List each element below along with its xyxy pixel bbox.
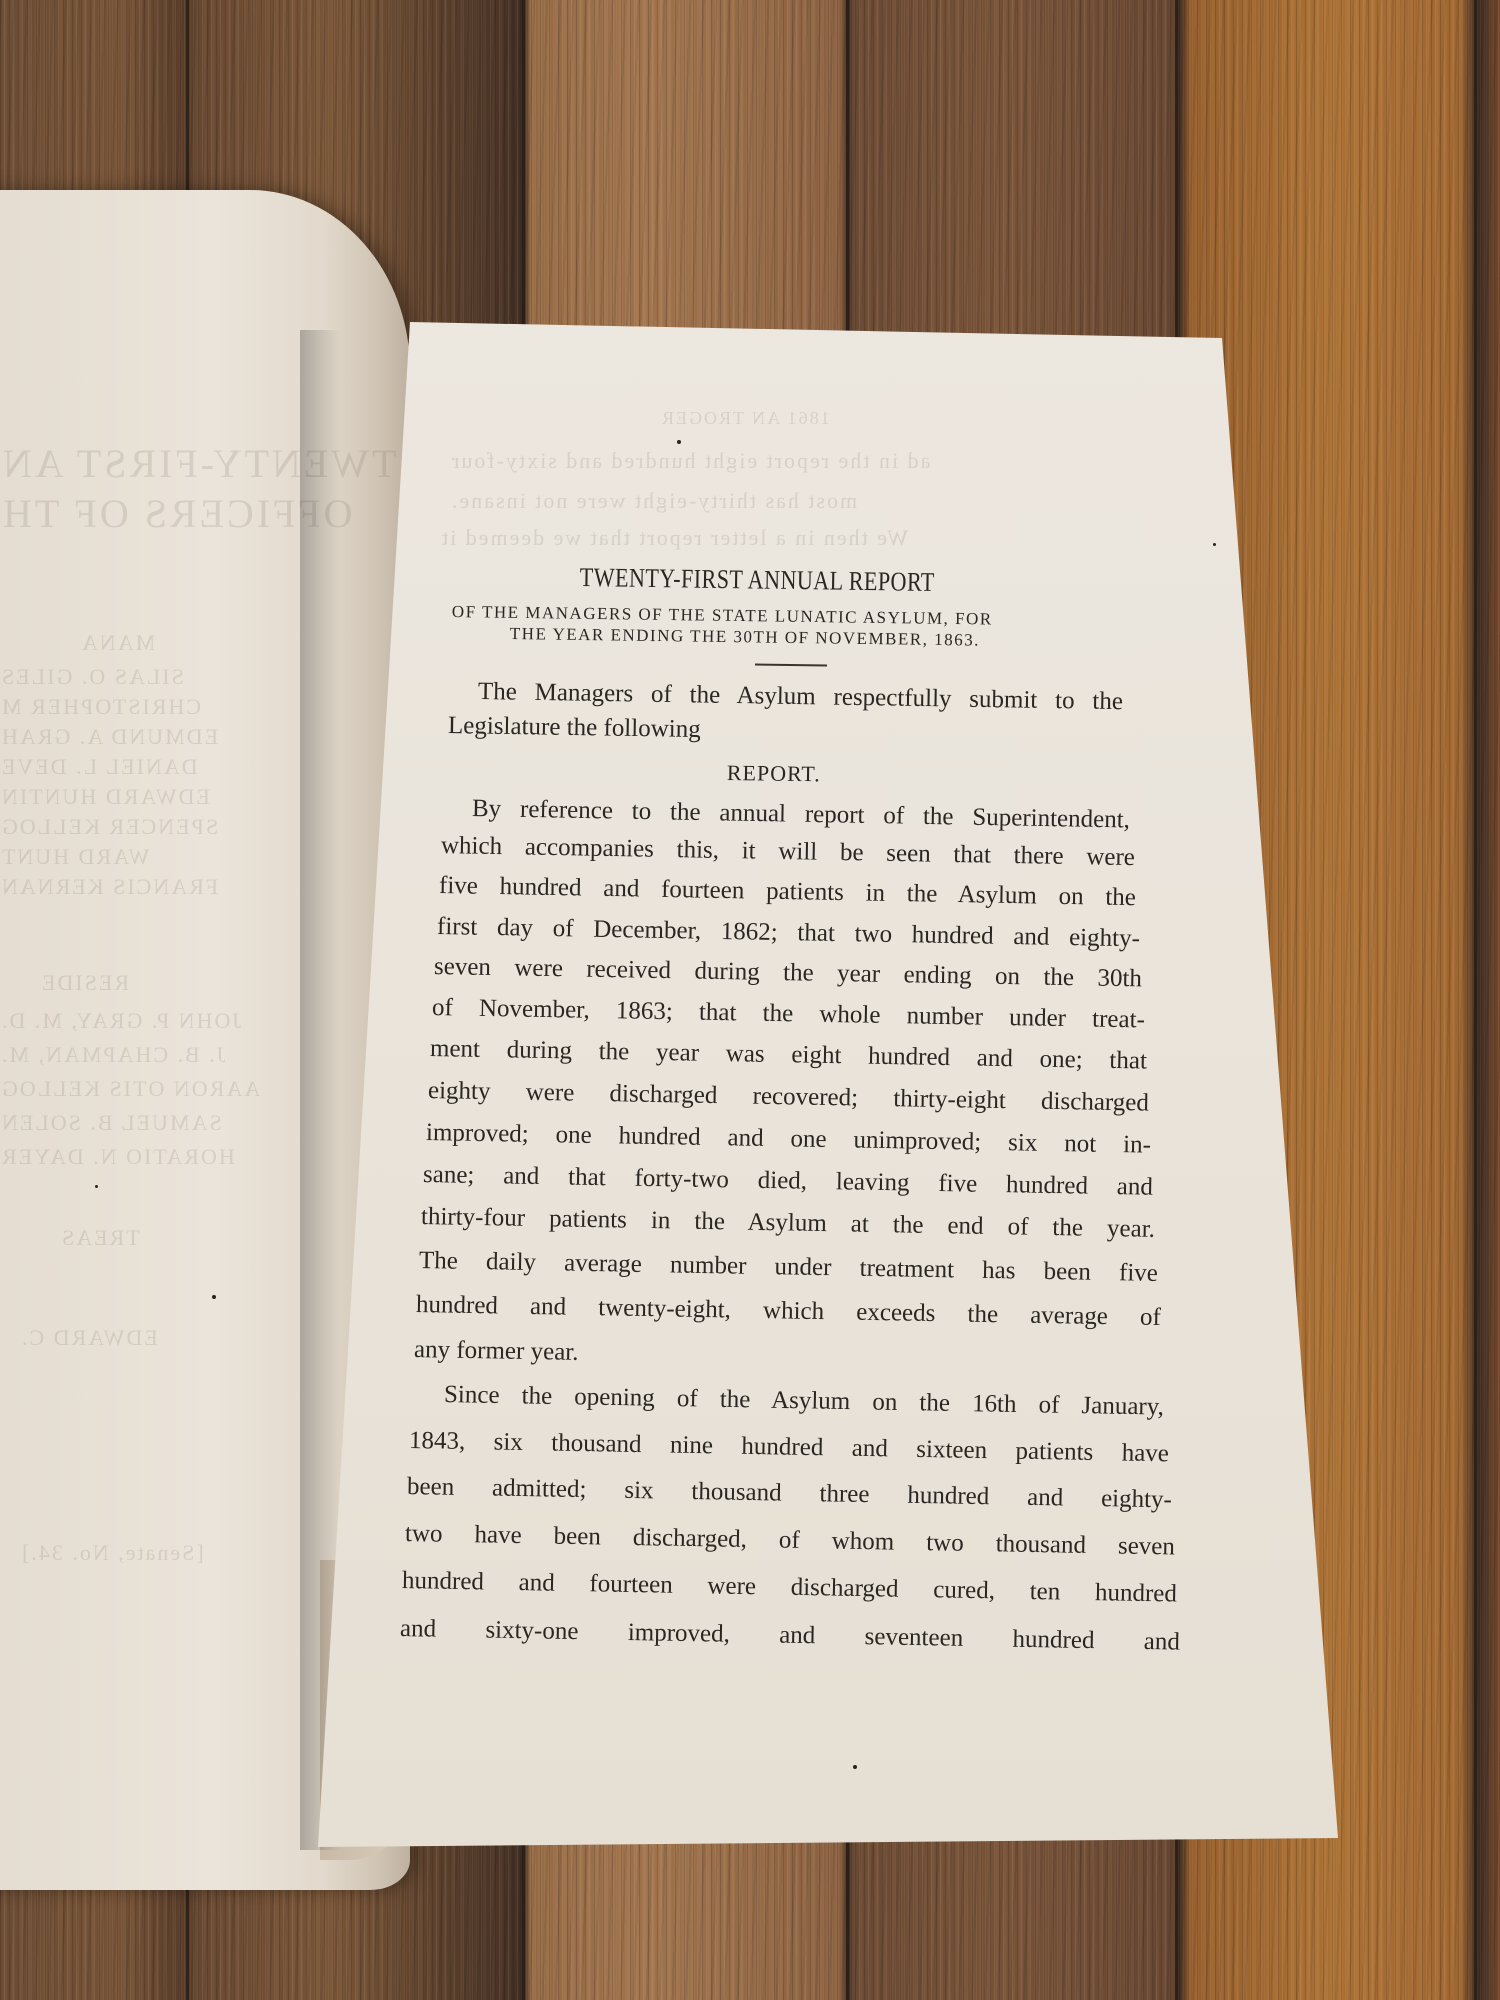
section-heading: REPORT. xyxy=(727,760,821,787)
body-line: and sixty-one improved, and seventeen hu… xyxy=(400,1615,1180,1657)
intro-line: The Managers of the Asylum respectfully … xyxy=(478,678,1123,716)
paper-speck xyxy=(853,1765,857,1769)
paper-speck xyxy=(212,1295,216,1299)
body-line: which accompanies this, it will be seen … xyxy=(441,832,1135,872)
paper-speck xyxy=(677,440,681,444)
body-line: eighty were discharged recovered; thirty… xyxy=(428,1077,1149,1118)
body-line: hundred and fourteen were discharged cur… xyxy=(402,1567,1177,1609)
body-line: thirty-four patients in the Asylum at th… xyxy=(421,1203,1155,1244)
body-line: By reference to the annual report of the… xyxy=(472,795,1130,834)
paper-speck xyxy=(95,1185,98,1188)
title-rule-divider xyxy=(755,663,827,666)
body-line: 1843, six thousand nine hundred and sixt… xyxy=(409,1427,1169,1468)
body-line: sane; and that forty-two died, leaving f… xyxy=(423,1161,1153,1202)
body-line: ment during the year was eight hundred a… xyxy=(430,1035,1147,1076)
body-line: Since the opening of the Asylum on the 1… xyxy=(444,1381,1164,1422)
body-line: hundred and twenty-eight, which exceeds … xyxy=(416,1291,1161,1332)
body-line: seven were received during the year endi… xyxy=(434,953,1142,993)
intro-line: Legislature the following xyxy=(448,712,701,744)
body-line: first day of December, 1862; that two hu… xyxy=(437,913,1140,953)
body-line: two have been discharged, of whom two th… xyxy=(405,1520,1175,1561)
paper-speck xyxy=(1213,543,1216,546)
body-line: any former year. xyxy=(414,1336,579,1367)
body-line: five hundred and fourteen patients in th… xyxy=(439,872,1136,912)
body-line: been admitted; six thousand three hundre… xyxy=(407,1473,1172,1514)
body-line: improved; one hundred and one unimproved… xyxy=(426,1119,1151,1160)
body-line: The daily average number under treatment… xyxy=(419,1247,1158,1288)
report-page-content: TWENTY-FIRST ANNUAL REPORT OF THE MANAGE… xyxy=(0,0,1500,2000)
body-line: of November, 1863; that the whole number… xyxy=(432,994,1145,1034)
report-title: TWENTY-FIRST ANNUAL REPORT xyxy=(580,562,935,598)
